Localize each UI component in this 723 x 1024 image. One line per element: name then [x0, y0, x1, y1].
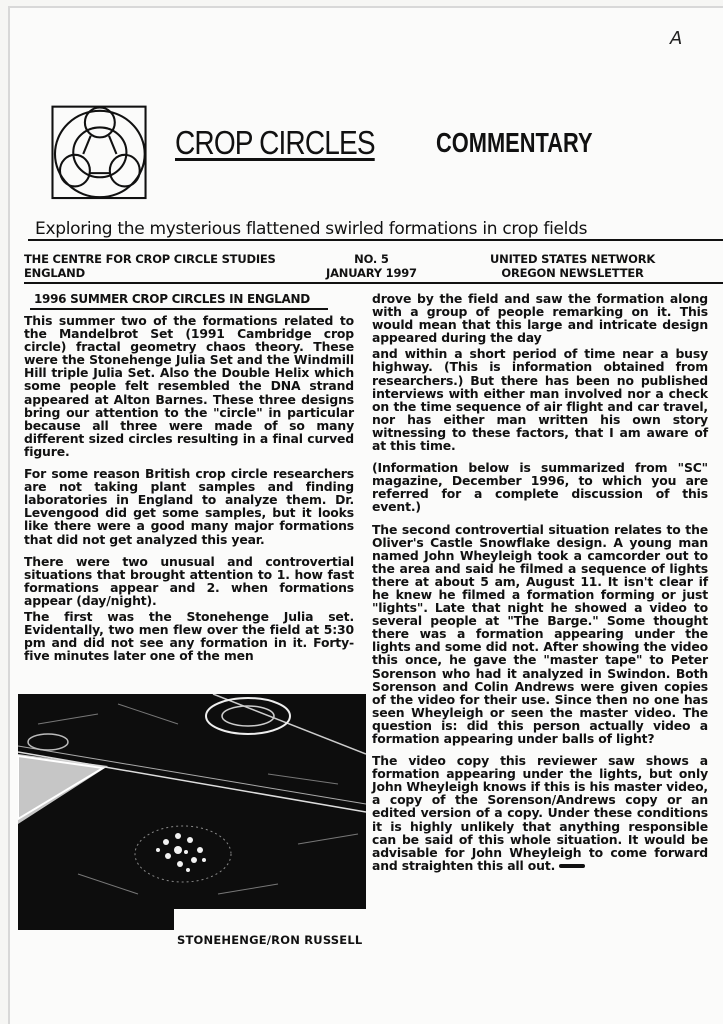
masthead-right: UNITED STATES NETWORK OREGON NEWSLETTER [490, 252, 655, 280]
paragraph: There were two unusual and controvertial… [24, 555, 354, 607]
left-column: This summer two of the formations relate… [24, 314, 354, 671]
article-heading: 1996 SUMMER CROP CIRCLES IN ENGLAND [34, 292, 310, 306]
paragraph: and within a short period of time near a… [372, 347, 708, 452]
tagline: Exploring the mysterious flattened swirl… [35, 219, 587, 239]
right-column: drove by the field and saw the formation… [372, 292, 708, 881]
paragraph: For some reason British crop circle rese… [24, 467, 354, 546]
stonehenge-formation-photo [18, 694, 366, 930]
newsletter-page: A CROP CIRCLES COMMENTARY Exploring the … [8, 6, 723, 1024]
paragraph: This summer two of the formations relate… [24, 314, 354, 458]
heading-underline [30, 308, 328, 310]
aerial-photo-icon [18, 694, 366, 930]
photo-caption: STONEHENGE/RON RUSSELL [173, 931, 366, 949]
paragraph: The first was the Stonehenge Julia set. … [24, 610, 354, 662]
title-main: CROP CIRCLES [175, 124, 375, 162]
paragraph: (Information below is summarized from "S… [372, 461, 708, 513]
masthead-left: THE CENTRE FOR CROP CIRCLE STUDIES ENGLA… [24, 252, 276, 280]
masthead-issue: NO. 5 JANUARY 1997 [326, 252, 417, 280]
title-secondary: COMMENTARY [436, 127, 593, 159]
divider [24, 282, 723, 284]
newsletter-title: CROP CIRCLES COMMENTARY [175, 124, 410, 162]
interlocking-circles-logo-icon [50, 102, 158, 206]
end-of-article-icon [559, 864, 585, 868]
handwritten-page-mark: A [670, 28, 682, 49]
paragraph: drove by the field and saw the formation… [372, 292, 708, 344]
paragraph: The second controvertial situation relat… [372, 523, 708, 746]
divider [28, 239, 723, 241]
paragraph: The video copy this reviewer saw shows a… [372, 754, 708, 872]
